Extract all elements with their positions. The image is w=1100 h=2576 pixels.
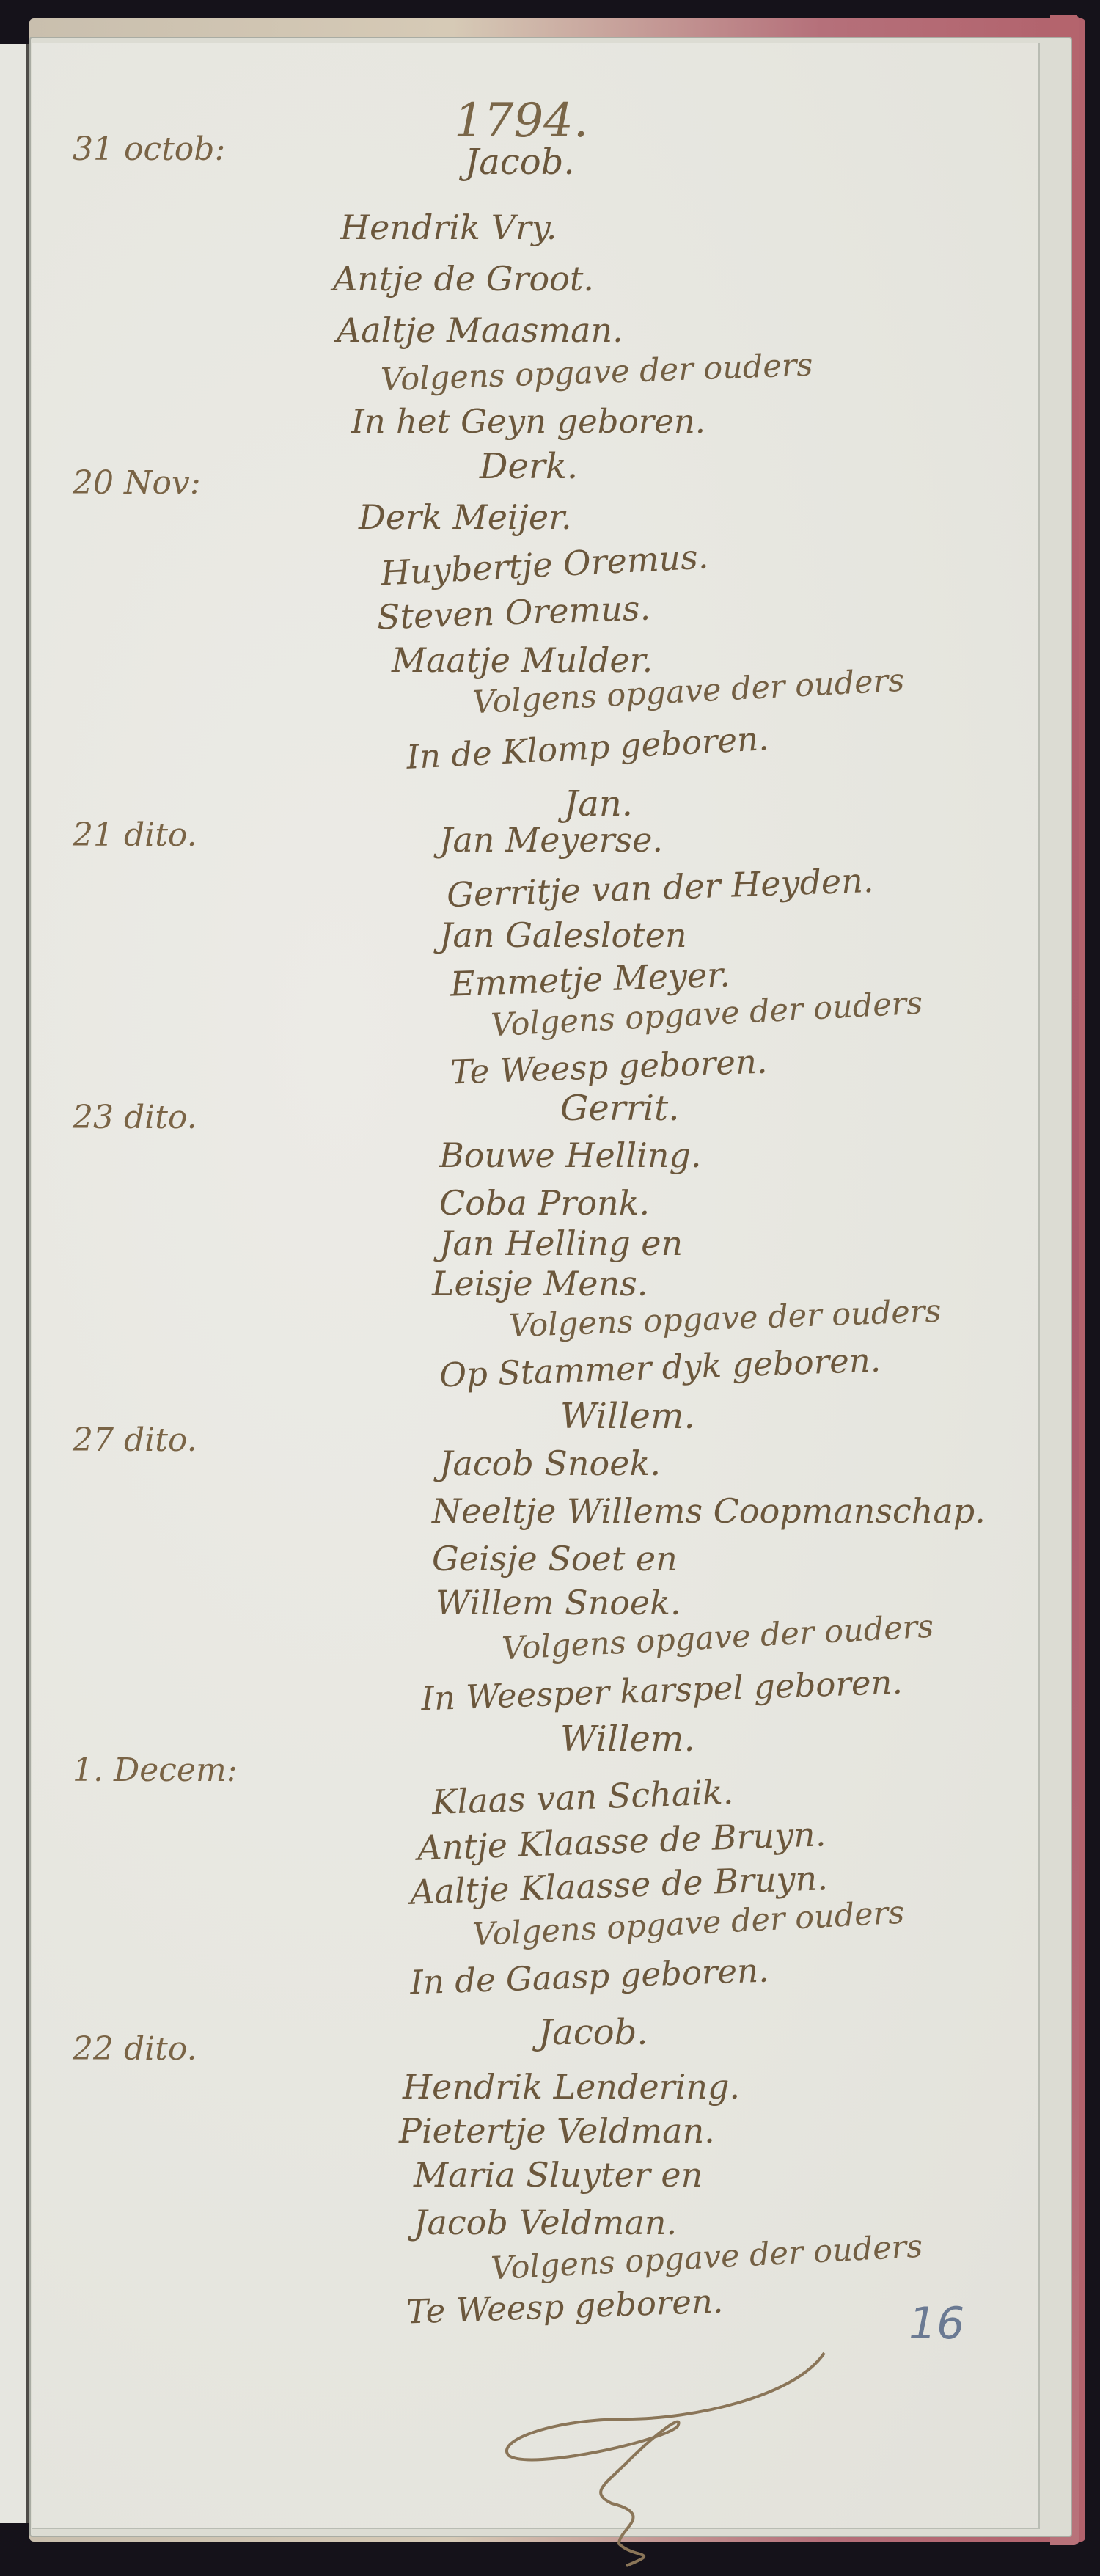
person-name: Pietertje Veldman. [399, 2111, 715, 2151]
person-name: Maria Sluyter en [414, 2155, 703, 2195]
entry-date: 20 Nov: [73, 464, 201, 502]
person-name: Jan Meyerse. [439, 820, 663, 860]
person-name: Bouwe Helling. [439, 1135, 702, 1175]
child-name: Derk. [480, 446, 578, 487]
child-name: Jacob. [538, 2012, 648, 2053]
birthplace: Op Stammer dyk geboren. [439, 1341, 881, 1395]
person-name: Gerritje van der Heyden. [446, 860, 874, 915]
child-name: Willem. [560, 1719, 695, 1760]
register-year: 1794. [454, 94, 588, 148]
entry-date: 31 octob: [73, 131, 225, 168]
person-name: Willem Snoek. [436, 1583, 681, 1622]
person-name: Jan Helling en [439, 1223, 683, 1263]
birthplace: Te Weesp geboren. [450, 1042, 768, 1091]
closing-flourish-icon [443, 2338, 854, 2573]
entry-date: 22 dito. [73, 2030, 197, 2068]
birthplace: In de Klomp geboren. [406, 719, 770, 777]
entry-date: 23 dito. [73, 1099, 197, 1136]
entry-date: 27 dito. [73, 1421, 197, 1459]
child-name: Jacob. [465, 142, 575, 183]
registration-formula: Volgens opgave der ouders [380, 347, 813, 399]
birthplace: In Weesper karspel geboren. [420, 1663, 903, 1719]
entry-date: 21 dito. [73, 816, 197, 854]
birthplace: In de Gaasp geboren. [409, 1950, 769, 2002]
person-name: Hendrik Lendering. [403, 2067, 740, 2107]
person-name: Hendrik Vry. [340, 208, 557, 247]
birthplace: In het Geyn geboren. [351, 402, 705, 441]
child-name: Jan. [564, 783, 633, 824]
person-name: Maatje Mulder. [392, 640, 653, 680]
person-name: Steven Oremus. [376, 588, 651, 637]
person-name: Leisje Mens. [432, 1264, 648, 1303]
person-name: Jacob Veldman. [414, 2203, 677, 2242]
child-name: Gerrit. [560, 1088, 680, 1129]
birthplace: Te Weesp geboren. [406, 2281, 724, 2331]
person-name: Aaltje Maasman. [337, 310, 623, 350]
child-name: Willem. [560, 1396, 695, 1437]
person-name: Huybertje Oremus. [380, 536, 710, 593]
person-name: Geisje Soet en [432, 1539, 678, 1578]
register-page: 1794. 31 octob: Jacob. Hendrik Vry. Antj… [32, 43, 1040, 2529]
person-name: Klaas van Schaik. [431, 1772, 734, 1822]
person-name: Derk Meijer. [359, 497, 572, 537]
page-number: 16 [909, 2298, 964, 2349]
person-name: Neeltje Willems Coopmanschap. [432, 1491, 986, 1531]
person-name: Antje de Groot. [333, 259, 594, 299]
left-page-edge [0, 44, 29, 2523]
person-name: Jan Galesloten [439, 915, 687, 955]
entry-date: 1. Decem: [73, 1752, 238, 1789]
person-name: Jacob Snoek. [439, 1443, 661, 1483]
person-name: Coba Pronk. [439, 1183, 650, 1223]
